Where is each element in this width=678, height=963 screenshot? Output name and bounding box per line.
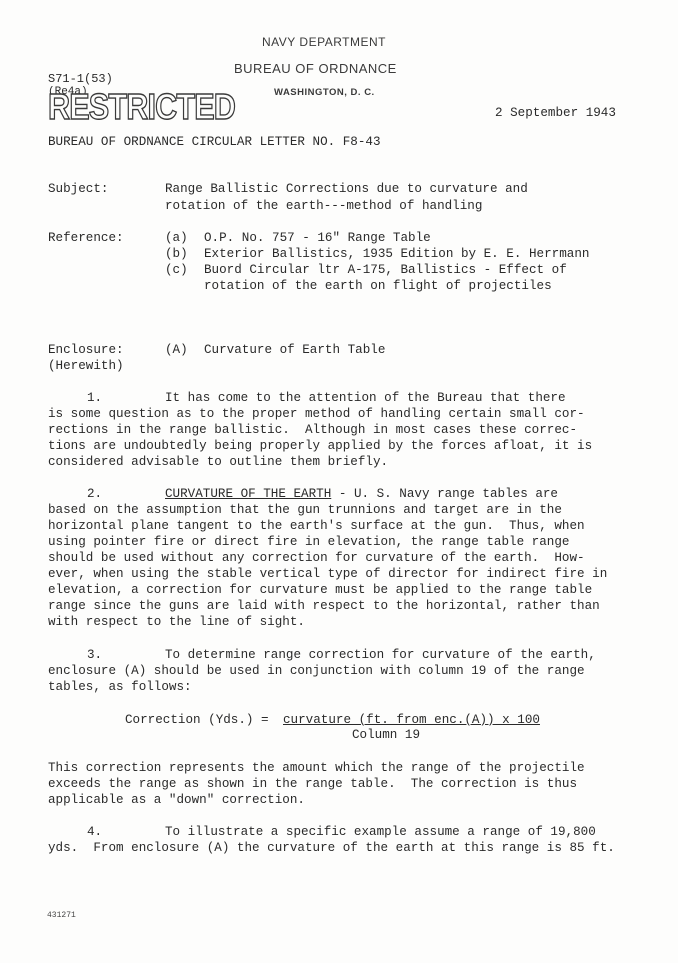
- paragraph-text: This correction represents the amount wh…: [48, 760, 585, 776]
- paragraph-text: To determine range correction for curvat…: [165, 647, 596, 663]
- paragraph-text: considered advisable to outline them bri…: [48, 454, 388, 470]
- subject-label: Subject:: [48, 181, 108, 197]
- paragraph-number: 3.: [87, 647, 102, 663]
- letter-number: BUREAU OF ORDNANCE CIRCULAR LETTER NO. F…: [48, 134, 381, 150]
- department-heading: NAVY DEPARTMENT: [262, 35, 386, 49]
- formula-denominator: Column 19: [352, 727, 420, 743]
- paragraph-text: is some question as to the proper method…: [48, 406, 585, 422]
- paragraph-text: using pointer fire or direct fire in ele…: [48, 534, 569, 550]
- paragraph-text: applicable as a "down" correction.: [48, 792, 305, 808]
- reference-key: (c): [165, 262, 188, 278]
- paragraph-text: should be used without any correction fo…: [48, 550, 585, 566]
- reference-item: Exterior Ballistics, 1935 Edition by E. …: [204, 246, 589, 262]
- enclosure-text: Curvature of Earth Table: [204, 342, 385, 358]
- paragraph-text: yds. From enclosure (A) the curvature of…: [48, 840, 615, 856]
- letter-date: 2 September 1943: [495, 105, 616, 121]
- paragraph-text: ever, when using the stable vertical typ…: [48, 566, 607, 582]
- paragraph-text: It has come to the attention of the Bure…: [165, 390, 566, 406]
- reference-label: Reference:: [48, 230, 124, 246]
- reference-item: rotation of the earth on flight of proje…: [204, 278, 552, 294]
- paragraph-text-run: - U. S. Navy range tables are: [331, 487, 558, 501]
- reference-item: Buord Circular ltr A-175, Ballistics - E…: [204, 262, 567, 278]
- bureau-heading: BUREAU OF ORDNANCE: [234, 61, 397, 76]
- reference-key: (a): [165, 230, 188, 246]
- paragraph-text: tables, as follows:: [48, 679, 192, 695]
- paragraph-text: To illustrate a specific example assume …: [165, 824, 596, 840]
- city-heading: WASHINGTON, D. C.: [274, 87, 375, 98]
- paragraph-text: tions are undoubtedly being properly app…: [48, 438, 592, 454]
- reference-key: (b): [165, 246, 188, 262]
- section-heading: CURVATURE OF THE EARTH: [165, 487, 331, 501]
- formula-lhs: Correction (Yds.) =: [125, 712, 276, 728]
- enclosure-sublabel: (Herewith): [48, 358, 124, 374]
- formula-numerator: curvature (ft. from enc.(A)) x 100: [283, 712, 540, 728]
- paragraph-text: exceeds the range as shown in the range …: [48, 776, 577, 792]
- restricted-stamp: RESTRICTED: [48, 89, 235, 125]
- paragraph-text: based on the assumption that the gun tru…: [48, 502, 562, 518]
- paragraph-number: 2.: [87, 486, 102, 502]
- paragraph-number: 1.: [87, 390, 102, 406]
- subject-line: rotation of the earth---method of handli…: [165, 198, 482, 214]
- paragraph-number: 4.: [87, 824, 102, 840]
- reference-item: O.P. No. 757 - 16" Range Table: [204, 230, 431, 246]
- paragraph-text: elevation, a correction for curvature mu…: [48, 582, 592, 598]
- enclosure-label: Enclosure:: [48, 342, 124, 358]
- paragraph-text: CURVATURE OF THE EARTH - U. S. Navy rang…: [165, 486, 558, 502]
- paragraph-text: rections in the range ballistic. Althoug…: [48, 422, 577, 438]
- paragraph-text: enclosure (A) should be used in conjunct…: [48, 663, 585, 679]
- paragraph-text: horizontal plane tangent to the earth's …: [48, 518, 585, 534]
- footer-code: 431271: [47, 911, 76, 920]
- paragraph-text: range since the guns are laid with respe…: [48, 598, 600, 614]
- subject-line: Range Ballistic Corrections due to curva…: [165, 181, 528, 197]
- paragraph-text: with respect to the line of sight.: [48, 614, 305, 630]
- enclosure-key: (A): [165, 342, 188, 358]
